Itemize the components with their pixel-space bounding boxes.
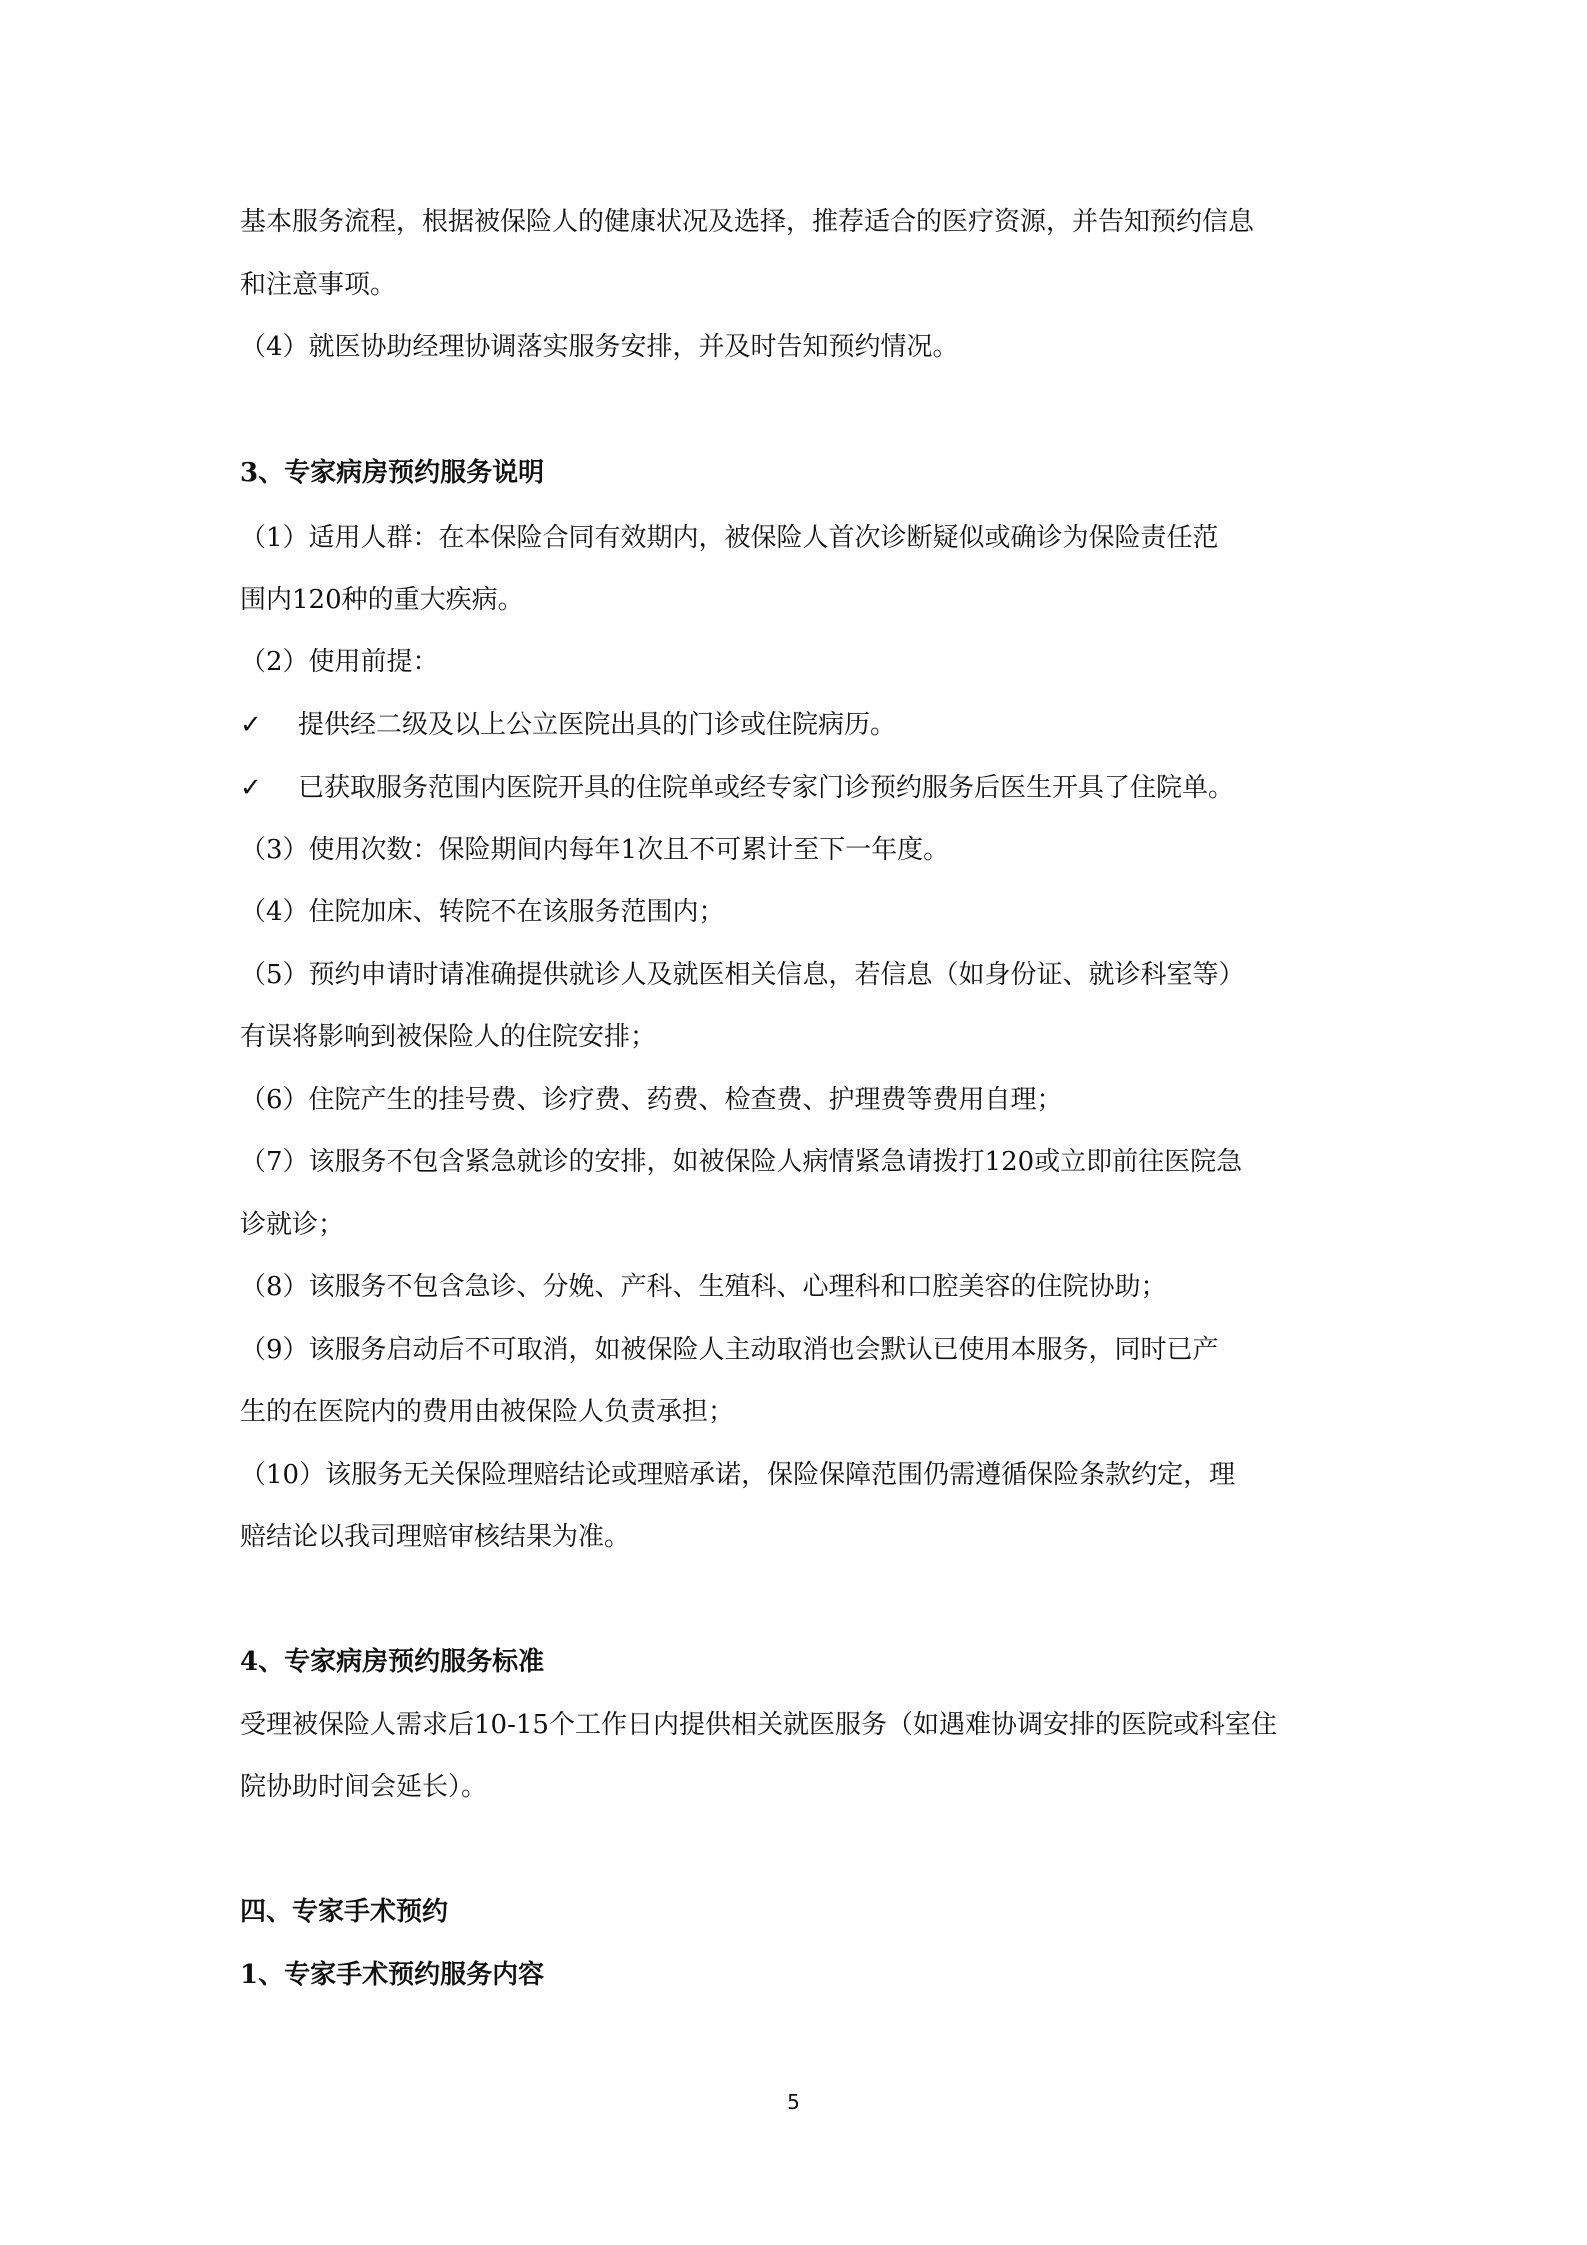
checkmark-icon: ✓: [240, 770, 262, 806]
list-item-1: （1）适用人群：在本保险合同有效期内，被保险人首次诊断疑似或确诊为保险责任范: [240, 520, 1219, 556]
check-item-1: 提供经二级及以上公立医院出具的门诊或住院病历。: [298, 707, 896, 743]
list-item-3: （3）使用次数：保险期间内每年1次且不可累计至下一年度。: [240, 832, 949, 868]
list-item-9-cont: 生的在医院内的费用由被保险人负责承担；: [240, 1394, 734, 1430]
list-item-5-cont: 有误将影响到被保险人的住院安排；: [240, 1019, 656, 1055]
section-heading-4: 4、专家病房预约服务标准: [240, 1644, 544, 1680]
paragraph-line: 受理被保险人需求后10-15个工作日内提供相关就医服务（如遇难协调安排的医院或科…: [240, 1707, 1277, 1743]
paragraph-line: 和注意事项。: [240, 267, 396, 303]
chapter-heading: 四、专家手术预约: [240, 1894, 448, 1930]
list-item-7-cont: 诊就诊；: [240, 1207, 344, 1243]
list-item-5: （5）预约申请时请准确提供就诊人及就医相关信息，若信息（如身份证、就诊科室等）: [240, 957, 1245, 993]
list-item-4: （4）住院加床、转院不在该服务范围内；: [240, 894, 725, 930]
section-heading-3: 3、专家病房预约服务说明: [240, 455, 544, 491]
paragraph-line: 院协助时间会延长）。: [240, 1769, 487, 1805]
list-item-10: （10）该服务无关保险理赔结论或理赔承诺，保险保障范围仍需遵循保险条款约定，理: [240, 1457, 1235, 1493]
list-item-4: （4）就医协助经理协调落实服务安排，并及时告知预约情况。: [240, 329, 959, 365]
checkmark-icon: ✓: [240, 707, 262, 743]
list-item-2: （2）使用前提：: [240, 644, 439, 680]
list-item-9: （9）该服务启动后不可取消，如被保险人主动取消也会默认已使用本服务，同时已产: [240, 1332, 1219, 1368]
sub-heading: 1、专家手术预约服务内容: [240, 1957, 544, 1993]
page-number: 5: [0, 2090, 1587, 2114]
check-item-2: 已获取服务范围内医院开具的住院单或经专家门诊预约服务后医生开具了住院单。: [298, 770, 1234, 806]
list-item-8: （8）该服务不包含急诊、分娩、产科、生殖科、心理科和口腔美容的住院协助；: [240, 1269, 1167, 1305]
paragraph-line: 基本服务流程，根据被保险人的健康状况及选择，推荐适合的医疗资源，并告知预约信息: [240, 204, 1254, 240]
list-item-7: （7）该服务不包含紧急就诊的安排，如被保险人病情紧急请拨打120或立即前往医院急: [240, 1144, 1242, 1180]
list-item-10-cont: 赔结论以我司理赔审核结果为准。: [240, 1519, 630, 1555]
list-item-6: （6）住院产生的挂号费、诊疗费、药费、检查费、护理费等费用自理；: [240, 1082, 1063, 1118]
list-item-1-cont: 围内120种的重大疾病。: [240, 582, 524, 618]
